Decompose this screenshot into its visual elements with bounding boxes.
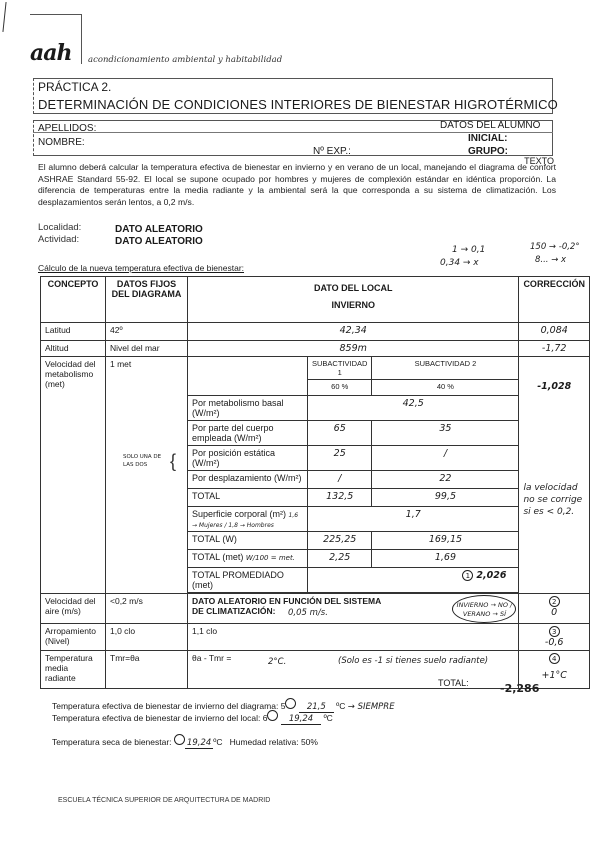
basal-value: 42,5 [308,396,519,421]
header-datos-fijos: DATOS FIJOS DEL DIAGRAMA [106,277,188,323]
step-circle-4: 4 [549,653,560,664]
header-correccion: CORRECCIÓN [519,277,590,323]
posicion-estatica-label: Por posición estática (W/m²) [188,446,308,471]
tmr-label: Temperatura media radiante [41,651,106,689]
superficie-cell: Superficie corporal (m²) 1,6 → Mujeres /… [188,507,308,532]
latitud-label: Latitud [41,323,106,341]
localidad-label: Localidad: [38,222,81,233]
result-local-unit: ºC [324,713,333,723]
humedad-relativa: Humedad relativa: 50% [230,737,318,747]
margin-note-2a: 150 → -0,2° [530,242,580,252]
parte-cuerpo-v1: 65 [308,421,372,446]
footer-school: ESCUELA TÉCNICA SUPERIOR DE ARQUITECTURA… [58,797,270,804]
margin-note-1a: 1 → 0,1 [452,245,485,255]
step-circle-7 [174,734,185,745]
metabolismo-fixed: 1 met [106,357,188,594]
altitud-label: Altitud [41,341,106,357]
header-invierno-label: INVIERNO [192,300,514,310]
circle-icon [267,710,278,721]
arropamiento-correction: -0,6 [523,637,585,648]
latitud-local: 42,34 [188,323,519,341]
row-latitud: Latitud 42º 42,34 0,084 [41,323,590,341]
subactividad-1-label: SUBACTIVIDAD 1 [308,357,372,380]
superficie-label: Superficie corporal (m²) [192,509,286,519]
velocidad-aire-fixed: <0,2 m/s [106,594,188,624]
circle-icon [285,698,296,709]
page-title: DETERMINACIÓN DE CONDICIONES INTERIORES … [38,97,558,112]
logo: aah [30,40,72,66]
arropamiento-local: 1,1 clo [188,624,519,651]
total-value: -2,286 [500,682,539,695]
arropamiento-correction-cell: 3 -0,6 [519,624,590,651]
tmr-fixed: Tmr=θa [106,651,188,689]
total-met-note: W/100 = met. [246,554,295,562]
result-local-value: 19,24 [281,714,321,725]
velocidad-aire-correction-cell: 2 0 [519,594,590,624]
calc-title: Cálculo de la nueva temperatura efectiva… [38,263,244,273]
actividad-value: DATO ALEATORIO [115,236,203,247]
velocidad-aire-local-cell: DATO ALEATORIO EN FUNCIÓN DEL SISTEMA DE… [188,594,519,624]
student-section-label: DATOS DEL ALUMNO [440,120,540,131]
result-diagram-note: → SIEMPRE [348,702,395,712]
total-w-label: TOTAL (W) [188,532,308,550]
row-altitud: Altitud Nivel del mar 859m -1,72 [41,341,590,357]
total-label: TOTAL: [438,678,469,688]
basal-label: Por metabolismo basal (W/m²) [188,396,308,421]
intro-paragraph: El alumno deberá calcular la temperatura… [38,162,556,208]
altitud-local: 859m [188,341,519,357]
header-concepto: CONCEPTO [41,277,106,323]
promediado-value: 2,026 [476,570,506,581]
result-local-row: Temperatura efectiva de bienestar de inv… [52,710,333,724]
divider [33,132,553,133]
total-wm2-v2: 99,5 [372,489,519,507]
localidad-value: DATO ALEATORIO [115,224,203,235]
result-seca-value: 19,24 [185,738,213,749]
metabolismo-correction-cell: -1,028 la velocidad no se corrige si es … [519,357,590,594]
step-circle-2: 2 [549,596,560,607]
row-arropamiento: Arropamiento (Nivel) 1,0 clo 1,1 clo 3 -… [41,624,590,651]
altitud-correction: -1,72 [519,341,590,357]
result-seca-row: Temperatura seca de bienestar: 19,24ºC H… [52,734,318,748]
margin-note-2b: 8... → x [535,255,566,265]
latitud-fixed: 42º [106,323,188,341]
total-met-label: TOTAL (met) [192,552,243,562]
metabolismo-label: Velocidad del metabolismo (met) [41,357,106,594]
arropamiento-fixed: 1,0 clo [106,624,188,651]
subactividad-2-pct: 40 % [372,380,519,396]
logo-subtitle: acondicionamiento ambiental y habitabili… [88,55,282,65]
velocidad-aire-label: Velocidad del aire (m/s) [41,594,106,624]
season-circle-note: INVIERNO → NO / VERANO → SÍ [452,595,516,623]
step-circle-1: 1 [462,570,473,581]
bracket-icon: { [170,452,176,470]
posicion-estatica-v1: 25 [308,446,372,471]
result-diagram-unit: ºC [336,701,345,711]
total-w-v2: 169,15 [372,532,519,550]
desplazamiento-v2: 22 [372,471,519,489]
desplazamiento-v1: / [308,471,372,489]
tmr-local-note: (Solo es -1 si tienes suelo radiante) [338,655,498,667]
result-seca-unit: ºC [213,737,222,747]
calculation-table: CONCEPTO DATOS FIJOS DEL DIAGRAMA DATO D… [40,276,590,689]
parte-cuerpo-label: Por parte del cuerpo empleada (W/m²) [188,421,308,446]
practice-label: PRÁCTICA 2. [38,80,111,94]
tmr-local-cell: θa - Tmr = 2°C. (Solo es -1 si tienes su… [188,651,519,689]
desplazamiento-label: Por desplazamiento (W/m²) [188,471,308,489]
total-met-cell: TOTAL (met) W/100 = met. [188,550,308,568]
superficie-value: 1,7 [308,507,519,532]
total-met-v1: 2,25 [308,550,372,568]
result-seca-label: Temperatura seca de bienestar: [52,737,172,747]
blank-cell [188,357,308,396]
subactividad-2-label: SUBACTIVIDAD 2 [372,357,519,380]
parte-cuerpo-v2: 35 [372,421,519,446]
metabolismo-correction: -1,028 [523,381,585,392]
total-wm2-v1: 132,5 [308,489,372,507]
tmr-correction: +1°C [523,670,585,681]
posicion-estatica-v2: / [372,446,519,471]
altitud-fixed: Nivel del mar [106,341,188,357]
row-velocidad-aire: Velocidad del aire (m/s) <0,2 m/s DATO A… [41,594,590,624]
margin-mark [2,2,6,32]
velocidad-aire-local-value: 0,05 m/s. [288,608,328,618]
inicial-label: INICIAL: [468,133,507,144]
step-circle-3: 3 [549,626,560,637]
row-metabolismo-head: Velocidad del metabolismo (met) 1 met SU… [41,357,590,380]
result-local-label: Temperatura efectiva de bienestar de inv… [52,713,260,723]
total-met-v2: 1,69 [372,550,519,568]
tmr-local-value: 2°C. [268,657,286,667]
subactividad-1-pct: 60 % [308,380,372,396]
promediado-label: TOTAL PROMEDIADO (met) [188,568,308,593]
velocidad-aire-correction: 0 [523,607,585,618]
latitud-correction: 0,084 [519,323,590,341]
nombre-label: NOMBRE: [38,137,85,148]
arropamiento-label: Arropamiento (Nivel) [41,624,106,651]
total-wm2-label: TOTAL [188,489,308,507]
nexp-label: Nº EXP.: [313,146,351,157]
header-dato-local-label: DATO DEL LOCAL [192,283,514,293]
header-dato-local: DATO DEL LOCAL INVIERNO [188,277,519,323]
grupo-label: GRUPO: [468,146,508,157]
tmr-local-label: θa - Tmr = [192,653,231,663]
velocity-side-note: la velocidad no se corrige si es < 0,2. [523,482,585,518]
total-w-v1: 225,25 [308,532,372,550]
bracket-note: SOLO UNA DE LAS DOS [123,453,163,469]
margin-note-1b: 0,34 → x [440,258,479,268]
actividad-label: Actividad: [38,234,79,245]
promediado-cell: 1 2,026 [308,568,519,593]
